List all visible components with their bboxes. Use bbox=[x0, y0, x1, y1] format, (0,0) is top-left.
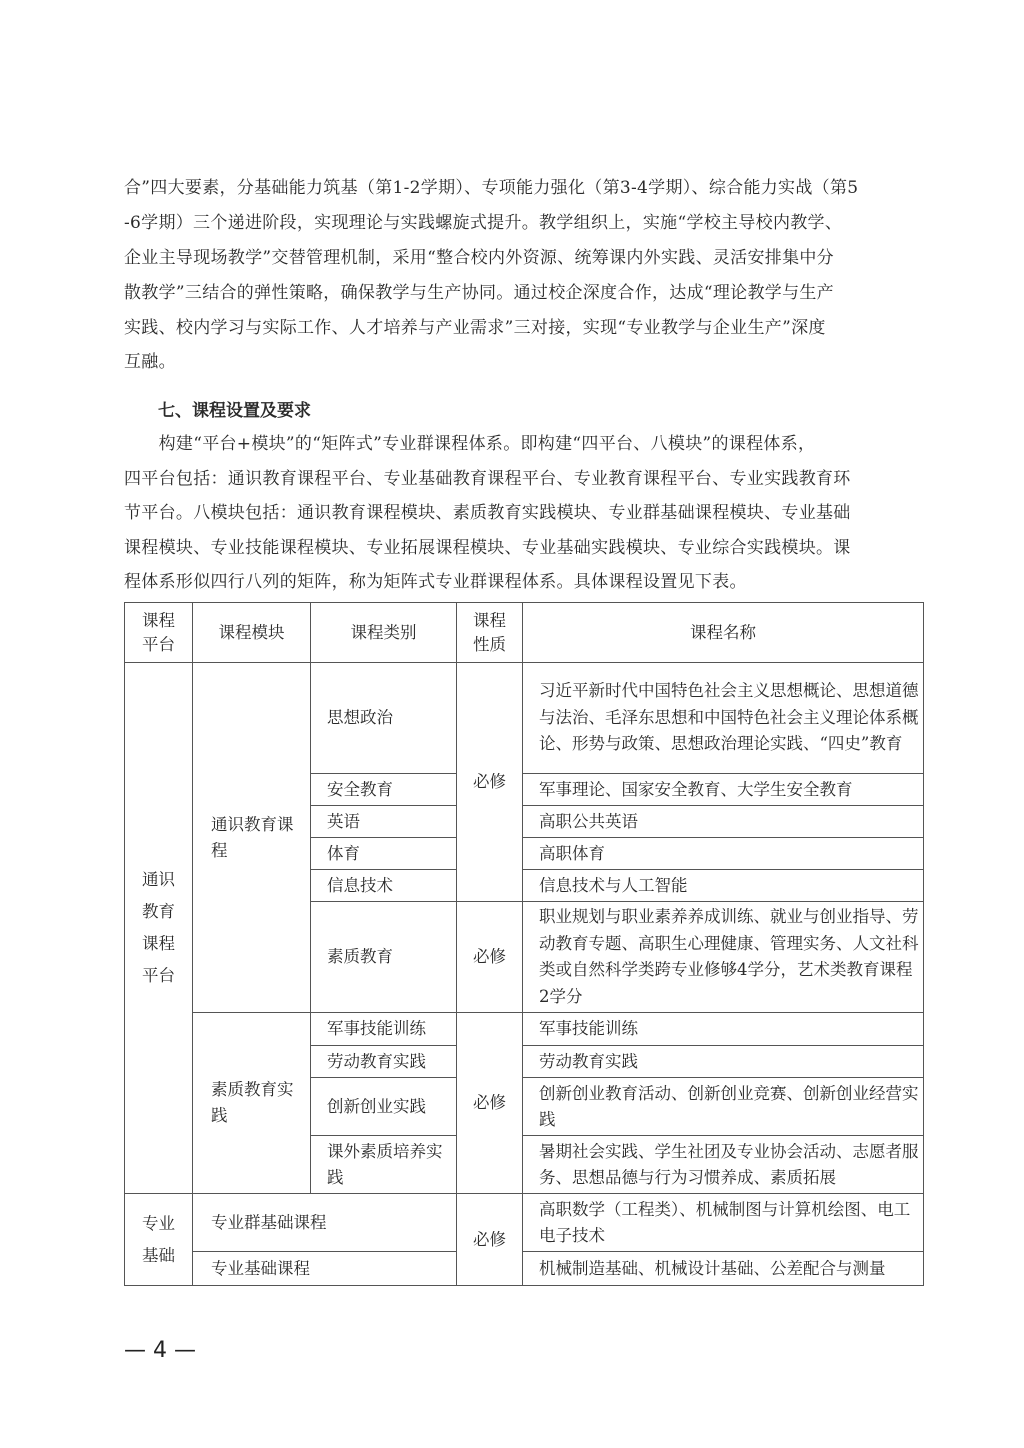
category-cell: 劳动教育实践 bbox=[310, 1045, 457, 1078]
category-cell: 安全教育 bbox=[310, 773, 457, 806]
names-cell: 创新创业教育活动、创新创业竞赛、创新创业经营实践 bbox=[522, 1077, 924, 1136]
names-cell: 信息技术与人工智能 bbox=[522, 869, 924, 902]
text-line: 课程模块、专业技能课程模块、专业拓展课程模块、专业基础实践模块、专业综合实践模块… bbox=[124, 538, 851, 558]
nature-cell: 必修 bbox=[456, 1193, 523, 1286]
names-cell: 机械制造基础、机械设计基础、公差配合与测量 bbox=[522, 1251, 924, 1286]
header-category: 课程类别 bbox=[310, 602, 457, 663]
category-cell: 军事技能训练 bbox=[310, 1012, 457, 1046]
text-line: 节平台。八模块包括：通识教育课程模块、素质教育实践模块、专业群基础课程模块、专业… bbox=[124, 503, 851, 523]
names-cell: 军事技能训练 bbox=[522, 1012, 924, 1046]
header-names: 课程名称 bbox=[522, 602, 924, 663]
platform-general-education: 通识 教育 课程 平台 bbox=[124, 662, 193, 1194]
category-cell: 创新创业实践 bbox=[310, 1077, 457, 1136]
names-cell: 职业规划与职业素养养成训练、就业与创业指导、劳动教育专题、高职生心理健康、管理实… bbox=[522, 901, 924, 1013]
page-number: — 4 — bbox=[124, 1338, 196, 1363]
names-cell: 习近平新时代中国特色社会主义思想概论、思想道德与法治、毛泽东思想和中国特色社会主… bbox=[522, 662, 924, 774]
module-professional-foundation: 专业基础课程 bbox=[192, 1251, 457, 1286]
nature-cell: 必修 bbox=[456, 901, 523, 1013]
names-cell: 高职数学（工程类）、机械制图与计算机绘图、电工电子技术 bbox=[522, 1193, 924, 1252]
names-cell: 军事理论、国家安全教育、大学生安全教育 bbox=[522, 773, 924, 806]
text-line: 程体系形似四行八列的矩阵，称为矩阵式专业群课程体系。具体课程设置见下表。 bbox=[124, 572, 747, 592]
category-cell: 信息技术 bbox=[310, 869, 457, 902]
module-quality-practice: 素质教育实 践 bbox=[192, 1012, 311, 1194]
names-cell: 高职体育 bbox=[522, 837, 924, 870]
text-line: 互融。 bbox=[124, 352, 176, 372]
module-general-courses: 通识教育课 程 bbox=[192, 662, 311, 1013]
section-heading: 七、课程设置及要求 bbox=[158, 396, 311, 421]
header-platform: 课程 平台 bbox=[124, 602, 193, 663]
header-nature: 课程 性质 bbox=[456, 602, 523, 663]
category-cell: 体育 bbox=[310, 837, 457, 870]
names-cell: 高职公共英语 bbox=[522, 805, 924, 838]
names-cell: 暑期社会实践、学生社团及专业协会活动、志愿者服务、思想品德与行为习惯养成、素质拓… bbox=[522, 1135, 924, 1194]
text-line: 四平台包括：通识教育课程平台、专业基础教育课程平台、专业教育课程平台、专业实践教… bbox=[124, 469, 851, 489]
category-cell: 课外素质培养实践 bbox=[310, 1135, 457, 1194]
text-line: 散教学”三结合的弹性策略，确保教学与生产协同。通过校企深度合作，达成“理论教学与… bbox=[124, 283, 834, 303]
nature-cell: 必修 bbox=[456, 662, 523, 902]
text-line: -6学期）三个递进阶段，实现理论与实践螺旋式提升。教学组织上，实施“学校主导校内… bbox=[124, 213, 842, 233]
platform-professional-foundation: 专业 基础 bbox=[124, 1193, 193, 1286]
module-group-foundation: 专业群基础课程 bbox=[192, 1193, 457, 1252]
nature-cell: 必修 bbox=[456, 1012, 523, 1194]
text-line: 企业主导现场教学”交替管理机制，采用“整合校内外资源、统筹课内外实践、灵活安排集… bbox=[124, 248, 834, 268]
text-line: 实践、校内学习与实际工作、人才培养与产业需求”三对接，实现“专业教学与企业生产”… bbox=[124, 318, 826, 338]
category-cell: 英语 bbox=[310, 805, 457, 838]
names-cell: 劳动教育实践 bbox=[522, 1045, 924, 1078]
category-cell: 素质教育 bbox=[310, 901, 457, 1013]
text-line: 合”四大要素，分基础能力筑基（第1-2学期）、专项能力强化（第3-4学期）、综合… bbox=[124, 178, 858, 198]
header-module: 课程模块 bbox=[192, 602, 311, 663]
category-cell: 思想政治 bbox=[310, 662, 457, 774]
text-line: 构建“平台+模块”的“矩阵式”专业群课程体系。即构建“四平台、八模块”的课程体系… bbox=[124, 434, 815, 454]
